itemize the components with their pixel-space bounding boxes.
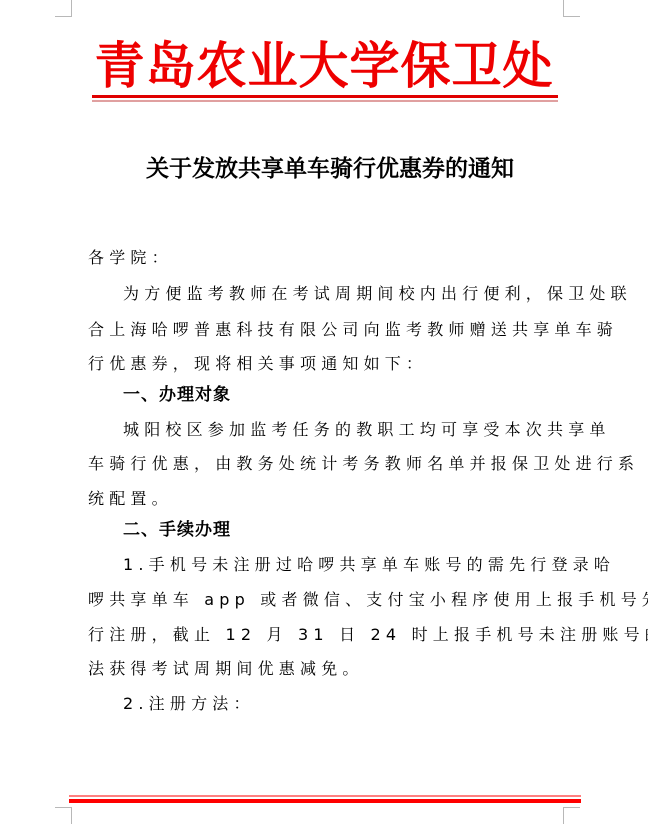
letterhead-rule <box>92 95 558 98</box>
salutation: 各学院： <box>88 246 173 270</box>
footer-rule-thick <box>69 799 581 803</box>
section-line: 行注册，截止 12 月 31 日 24 时上报手机号未注册账号的无 <box>88 623 648 647</box>
section-line: 啰共享单车 app 或者微信、支付宝小程序使用上报手机号先 <box>88 588 648 612</box>
section-line: 城阳校区参加监考任务的教职工均可享受本次共享单 <box>123 418 611 442</box>
section-line: 法获得考试周期间优惠减免。 <box>88 657 364 681</box>
section-line: 车骑行优惠，由教务处统计考务教师名单并报保卫处进行系 <box>88 452 639 476</box>
footer-rule-thin <box>69 795 581 797</box>
page-corner-mark-top-left <box>55 0 72 17</box>
intro-line: 行优惠券，现将相关事项通知如下： <box>88 352 427 376</box>
letterhead-org-name: 青岛农业大学保卫处 <box>88 36 560 96</box>
letterhead-rule-shadow <box>92 100 558 102</box>
section-line: 2.注册方法： <box>123 692 255 716</box>
section-line: 统配置。 <box>88 487 173 511</box>
section-heading: 二、手续办理 <box>123 518 231 542</box>
page-corner-mark-bottom-left <box>55 807 72 824</box>
intro-line: 合上海哈啰普惠科技有限公司向监考教师赠送共享单车骑 <box>88 318 618 342</box>
intro-line: 为方便监考教师在考试周期间校内出行便利，保卫处联 <box>123 282 632 306</box>
page-corner-mark-bottom-right <box>563 807 580 824</box>
page-corner-mark-top-right <box>563 0 580 17</box>
document-title: 关于发放共享单车骑行优惠券的通知 <box>60 152 600 186</box>
section-line: 1.手机号未注册过哈啰共享单车账号的需先行登录哈 <box>123 553 615 577</box>
section-heading: 一、办理对象 <box>123 383 231 407</box>
